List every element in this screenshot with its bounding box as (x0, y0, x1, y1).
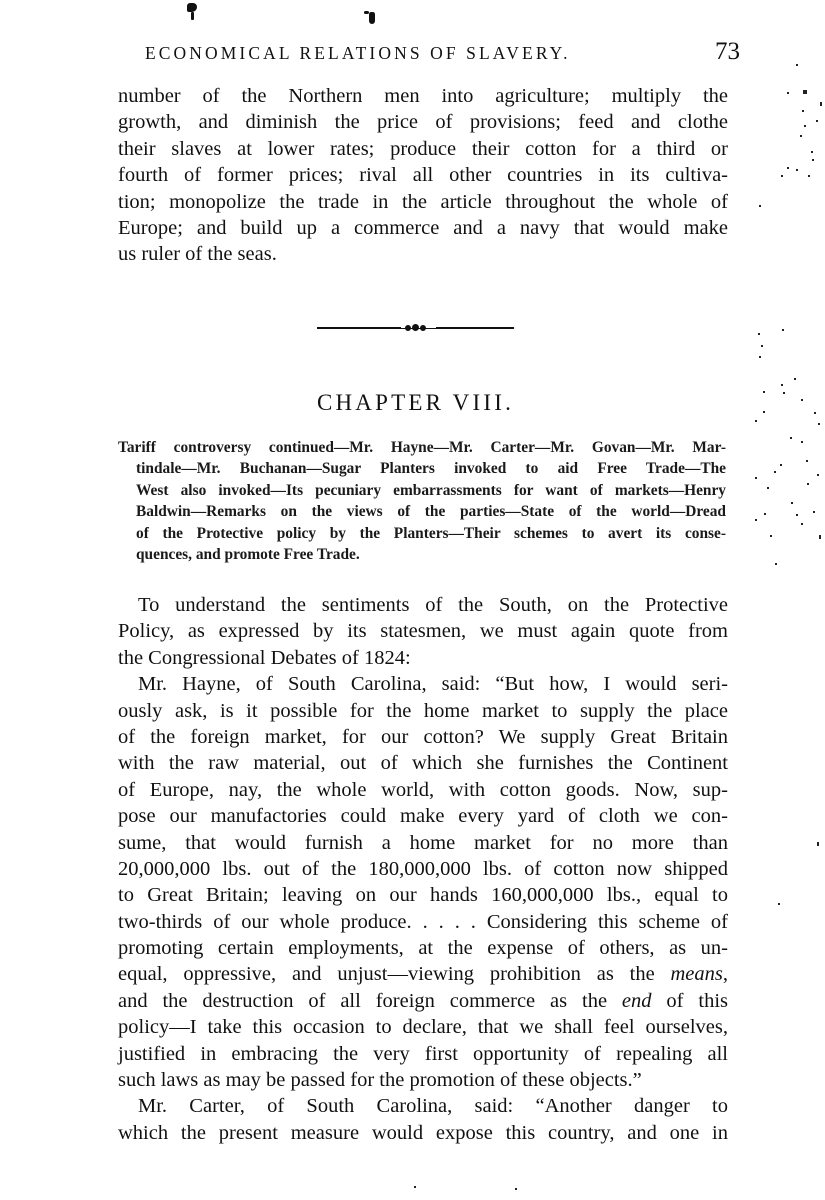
scan-speck (787, 167, 789, 169)
scan-speck (811, 151, 813, 153)
scan-speck (774, 471, 776, 473)
scan-speck (764, 513, 766, 515)
text-line: To understand the sentiments of the Sout… (118, 592, 728, 618)
scan-speck (781, 384, 783, 386)
scan-speck (755, 477, 757, 479)
scan-speck (820, 102, 822, 106)
text-line: such laws as may be passed for the promo… (118, 1067, 728, 1093)
scan-speck (791, 502, 793, 504)
text-line: Policy, as expressed by its statesmen, w… (118, 618, 728, 644)
scan-speck (813, 511, 815, 513)
scan-speck (802, 110, 804, 112)
text-line: policy—I take this occasion to declare, … (118, 1014, 728, 1040)
chapter-summary: Tariff controversy continued—Mr. Hayne—M… (118, 437, 726, 565)
scan-speck (796, 514, 798, 516)
text-line: to Great Britain; leaving on our hands 1… (118, 882, 728, 908)
scan-speck (794, 378, 796, 380)
scan-speck (796, 169, 798, 171)
ink-blot (369, 12, 375, 24)
summary-line: West also invoked—Its pecuniary embarras… (118, 480, 726, 501)
scan-speck (775, 563, 777, 565)
text-line: promoting certain employments, at the ex… (118, 935, 728, 961)
page-number: 73 (715, 38, 740, 66)
text-segment: of this (652, 990, 728, 1012)
scan-speck (806, 460, 808, 462)
italic-word-end: end (622, 990, 652, 1012)
scan-speck (803, 90, 807, 94)
text-line: of the foreign market, for our cotton? W… (118, 724, 728, 750)
scan-speck (816, 120, 818, 122)
scan-speck (819, 535, 821, 539)
summary-line: tindale—Mr. Buchanan—Sugar Planters invo… (118, 458, 726, 479)
scan-speck (782, 329, 784, 331)
scan-speck (801, 523, 803, 525)
scan-speck (817, 842, 819, 846)
scan-speck (761, 345, 763, 347)
summary-line: of the Protective policy by the Planters… (118, 523, 726, 544)
text-line: tion; monopolize the trade in the articl… (118, 189, 728, 215)
text-segment: equal, oppressive, and unjust—viewing pr… (118, 963, 670, 985)
text-line: justified in embracing the very first op… (118, 1041, 728, 1067)
text-line-with-italic: and the destruction of all foreign comme… (118, 988, 728, 1014)
text-line: of Europe, nay, the whole world, with co… (118, 777, 728, 803)
divider-dot (405, 325, 411, 331)
summary-line: Tariff controversy continued—Mr. Hayne—M… (118, 437, 726, 458)
scan-speck (801, 441, 803, 443)
scan-speck (807, 483, 809, 485)
text-line: with the raw material, out of which she … (118, 750, 728, 776)
book-page: ECONOMICAL RELATIONS OF SLAVERY. 73 numb… (0, 0, 825, 1200)
scan-speck (790, 437, 792, 439)
scan-speck (755, 519, 757, 521)
scan-speck (808, 175, 810, 177)
scan-speck (804, 125, 806, 127)
ink-blot (364, 11, 369, 14)
continued-paragraph: number of the Northern men into agricult… (118, 83, 728, 268)
text-line: ously ask, is it possible for the home m… (118, 698, 728, 724)
text-line: sume, that would furnish a home market f… (118, 830, 728, 856)
scan-speck (414, 1186, 416, 1188)
text-line: number of the Northern men into agricult… (118, 83, 728, 109)
chapter-title: CHAPTER VIII. (0, 390, 825, 416)
scan-speck (818, 423, 820, 425)
text-line: us ruler of the seas. (118, 241, 728, 267)
scan-speck (780, 464, 782, 466)
divider-dot (420, 325, 426, 331)
summary-line: quences, and promote Free Trade. (118, 544, 726, 565)
scan-speck (781, 175, 783, 177)
text-line: two-thirds of our whole produce. . . . .… (118, 909, 728, 935)
text-line: pose our manufactories could make every … (118, 803, 728, 829)
text-line: which the present measure would expose t… (118, 1120, 728, 1146)
italic-word-means: means (670, 963, 722, 985)
divider-dot (412, 324, 419, 331)
scan-speck (817, 474, 819, 476)
main-text: To understand the sentiments of the Sout… (118, 592, 728, 1146)
section-divider-rule-icon (317, 322, 514, 334)
scan-speck (778, 903, 780, 905)
text-line-with-italic: equal, oppressive, and unjust—viewing pr… (118, 961, 728, 987)
scan-speck (787, 92, 789, 94)
ink-blot (187, 3, 197, 12)
text-line: the Congressional Debates of 1824: (118, 645, 728, 671)
scan-speck (758, 333, 760, 335)
scan-speck (812, 159, 814, 161)
scan-speck (800, 135, 802, 137)
scan-speck (759, 205, 761, 207)
divider-rule-right (436, 327, 514, 329)
scan-speck (759, 356, 761, 358)
divider-rule-left (317, 327, 401, 329)
text-line: Mr. Carter, of South Carolina, said: “An… (118, 1093, 728, 1119)
running-title: ECONOMICAL RELATIONS OF SLAVERY. (145, 43, 571, 64)
summary-line: Baldwin—Remarks on the views of the part… (118, 501, 726, 522)
text-segment: , (723, 963, 728, 985)
scan-speck (767, 487, 769, 489)
scan-speck (770, 535, 772, 537)
text-segment: and the destruction of all foreign comme… (118, 990, 622, 1012)
ink-blot (191, 12, 194, 20)
text-line: Europe; and build up a commerce and a na… (118, 215, 728, 241)
scan-speck (755, 420, 757, 422)
scan-speck (796, 64, 798, 66)
text-line: 20,000,000 lbs. out of the 180,000,000 l… (118, 856, 728, 882)
text-line: growth, and diminish the price of provis… (118, 109, 728, 135)
scan-speck (515, 1188, 517, 1190)
text-line: Mr. Hayne, of South Carolina, said: “But… (118, 671, 728, 697)
running-head: ECONOMICAL RELATIONS OF SLAVERY. 73 (145, 38, 740, 68)
text-line: fourth of former prices; rival all other… (118, 162, 728, 188)
text-line: their slaves at lower rates; produce the… (118, 136, 728, 162)
